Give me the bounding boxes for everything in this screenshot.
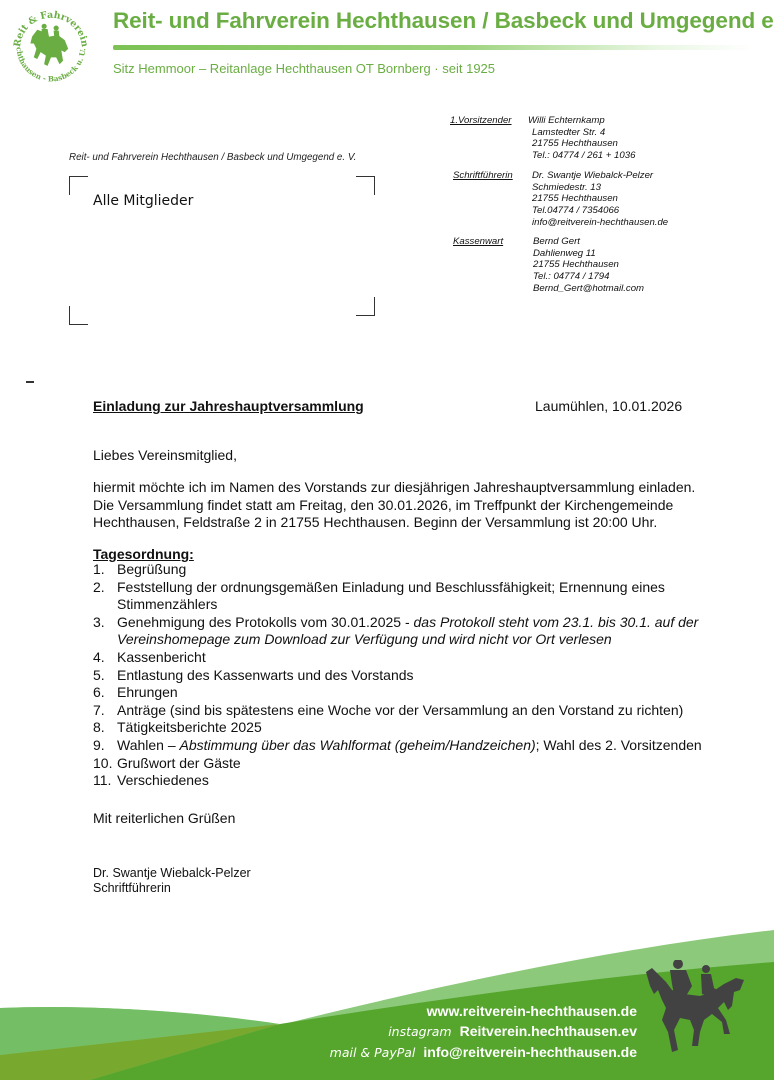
instagram-label: instagram xyxy=(388,1024,451,1039)
club-logo-icon: Reit & Fahrverein Hechthausen - Basbeck … xyxy=(8,4,94,90)
paragraph-line: Hechthausen, Feldstraße 2 in 21755 Hecht… xyxy=(93,514,695,532)
address-window-corner xyxy=(356,297,375,316)
agenda-item: 11.Verschiedenes xyxy=(93,772,702,790)
board-line: Willi Echternkamp xyxy=(528,115,635,127)
header-rule xyxy=(113,45,753,50)
agenda-title: Tagesordnung: xyxy=(93,546,194,562)
place-date: Laumühlen, 10.01.2026 xyxy=(535,398,682,414)
agenda-item: 7.Anträge (sind bis spätestens eine Woch… xyxy=(93,702,702,720)
signature-role: Schriftführerin xyxy=(93,881,251,896)
board-line: Lamstedter Str. 4 xyxy=(528,127,635,139)
salutation: Liebes Vereinsmitglied, xyxy=(93,447,237,465)
recipient: Alle Mitglieder xyxy=(93,193,193,209)
board-line: Bernd Gert xyxy=(533,236,644,248)
fold-mark xyxy=(26,381,34,383)
instagram-handle-link[interactable]: Reitverein.hechthausen.ev xyxy=(460,1023,637,1039)
agenda-item: 6.Ehrungen xyxy=(93,684,702,702)
board-line: 21755 Hechthausen xyxy=(528,138,635,150)
board-role-label: 1.Vorsitzender xyxy=(450,115,512,127)
agenda-list: 1.Begrüßung 2.Feststellung der ordnungsg… xyxy=(93,561,702,790)
signature: Dr. Swantje Wiebalck-Pelzer Schriftführe… xyxy=(93,866,251,896)
footer-instagram: instagramReitverein.hechthausen.ev xyxy=(388,1023,637,1039)
address-window-corner xyxy=(356,176,375,195)
board-email-link[interactable]: Bernd_Gert@hotmail.com xyxy=(533,283,644,295)
board-line: Schmiedestr. 13 xyxy=(532,182,668,194)
board-line: Dahlienweg 11 xyxy=(533,248,644,260)
board-line: 21755 Hechthausen xyxy=(532,193,668,205)
intro-paragraph: hiermit möchte ich im Namen des Vorstand… xyxy=(93,479,695,532)
board-role-label: Schriftführerin xyxy=(453,170,513,182)
club-title: Reit- und Fahrverein Hechthausen / Basbe… xyxy=(113,8,774,34)
horse-riders-icon xyxy=(30,24,68,66)
agenda-item: 9.Wahlen – Abstimmung über das Wahlforma… xyxy=(93,737,702,755)
board-email-link[interactable]: info@reitverein-hechthausen.de xyxy=(532,217,668,229)
letter-subject: Einladung zur Jahreshauptversammlung xyxy=(93,398,364,414)
agenda-item: 4.Kassenbericht xyxy=(93,649,702,667)
footer-website-link[interactable]: www.reitverein-hechthausen.de xyxy=(427,1003,637,1019)
paragraph-line: Die Versammlung findet statt am Freitag,… xyxy=(93,497,695,515)
sender-line: Reit- und Fahrverein Hechthausen / Basbe… xyxy=(69,152,356,163)
signature-name: Dr. Swantje Wiebalck-Pelzer xyxy=(93,866,251,881)
closing: Mit reiterlichen Grüßen xyxy=(93,810,235,826)
address-window-corner xyxy=(69,306,88,325)
mail-label: mail & PayPal xyxy=(330,1045,416,1060)
club-subtitle: Sitz Hemmoor – Reitanlage Hechthausen OT… xyxy=(113,61,495,76)
board-line: Tel.: 04774 / 261 + 1036 xyxy=(528,150,635,162)
agenda-item: 1.Begrüßung xyxy=(93,561,702,579)
mail-link[interactable]: info@reitverein-hechthausen.de xyxy=(423,1044,637,1060)
board-line: 21755 Hechthausen xyxy=(533,259,644,271)
agenda-item: 8.Tätigkeitsberichte 2025 xyxy=(93,719,702,737)
agenda-item: 3.Genehmigung des Protokolls vom 30.01.2… xyxy=(93,614,702,649)
address-window-corner xyxy=(69,176,88,195)
board-role-label: Kassenwart xyxy=(453,236,503,248)
board-line: Tel.: 04774 / 1794 xyxy=(533,271,644,283)
agenda-item: 5.Entlastung des Kassenwarts und des Vor… xyxy=(93,667,702,685)
paragraph-line: hiermit möchte ich im Namen des Vorstand… xyxy=(93,479,695,497)
agenda-item: 2.Feststellung der ordnungsgemäßen Einla… xyxy=(93,579,702,614)
agenda-item: 10.Grußwort der Gäste xyxy=(93,755,702,773)
horse-riders-silhouette-icon xyxy=(640,960,755,1060)
board-line: Tel.04774 / 7354066 xyxy=(532,205,668,217)
board-line: Dr. Swantje Wiebalck-Pelzer xyxy=(532,170,668,182)
footer-mail: mail & PayPalinfo@reitverein-hechthausen… xyxy=(330,1044,637,1060)
